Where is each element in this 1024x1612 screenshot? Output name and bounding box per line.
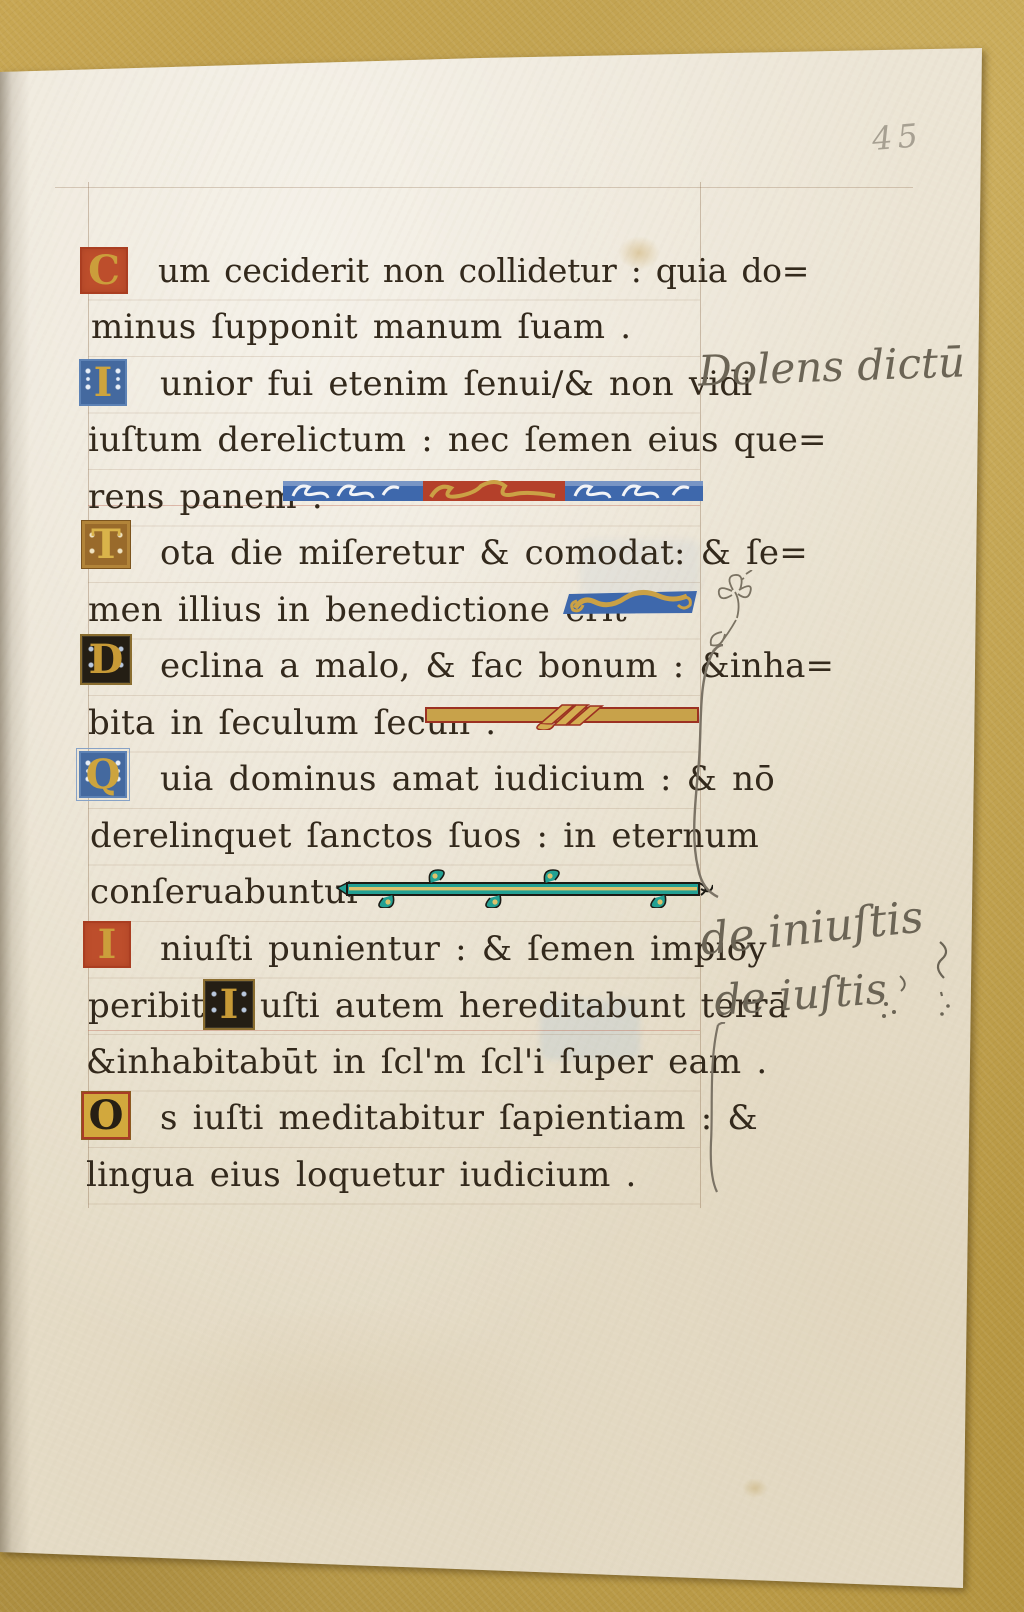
line-filler-blue-gold-ribbon (563, 589, 697, 616)
parchment-discoloration (120, 1300, 550, 1520)
text-line-16: s iuſti meditabitur ſapientiam : & (160, 1090, 758, 1147)
text-line-17: lingua eius loquetur iudicium . (86, 1147, 637, 1204)
illuminated-initial-Q: Q (79, 751, 127, 798)
text-line-2: minus ſupponit manum ſuam . (91, 299, 631, 356)
margin-gloss-de-iniustis: de iniuſtis (698, 891, 926, 965)
illuminated-initial-O: O (82, 1092, 130, 1139)
text-line-3: unior fui etenim ſenui/& non vidi (160, 356, 752, 413)
text-line-4: iuſtum derelictum : nec ſemen eius que= (88, 412, 827, 469)
parchment-page: 45 C um ceciderit non collidetur : quia … (0, 0, 1024, 1612)
illuminated-initial-C: C (80, 247, 128, 294)
margin-gloss-dolens: Dolens dictū (697, 337, 966, 395)
text-line-7: men illius in benedictione erit (88, 582, 627, 639)
ruling-line-top (55, 187, 913, 188)
illuminated-initial-I-midline: I (205, 981, 253, 1028)
illuminated-initial-T: T (82, 521, 130, 568)
gutter-shadow (0, 60, 30, 1560)
manuscript-photo: { "page_number": "45", "lines": [ {"init… (0, 0, 1024, 1612)
text-line-11: derelinquet ſanctos ſuos : in eternum (90, 808, 759, 865)
text-line-15: &inhabitabūt in ſcl'm ſcl'i ſuper eam . (86, 1034, 767, 1091)
line-filler-gold-knot (424, 701, 700, 730)
margin-colon-marks (872, 972, 912, 1024)
line-filler-blue-red-acanthus (283, 477, 703, 504)
margin-brace-upper (684, 644, 724, 902)
text-line-13: niuſti punientur : & ſemen impioy (160, 921, 767, 978)
line-filler-teal-thorn (335, 866, 713, 908)
text-line-10: uia dominus amat iudicium : & nō (160, 751, 775, 808)
margin-brace-lower (702, 1022, 728, 1196)
small-stain (742, 1478, 768, 1498)
illuminated-initial-D: D (82, 636, 130, 683)
text-line-1: um ceciderit non collidetur : quia do= (158, 242, 809, 299)
illuminated-initial-I: I (79, 359, 127, 406)
folio-number: 45 (870, 116, 924, 158)
margin-flourish-mark (926, 936, 954, 1020)
illuminated-initial-I: I (83, 921, 131, 968)
